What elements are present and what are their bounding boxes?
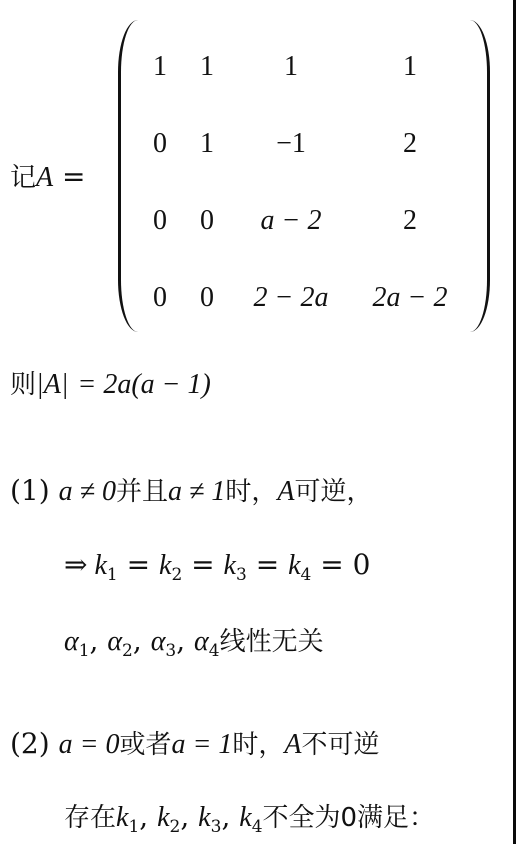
matrix-cell: 1: [231, 50, 351, 84]
cjk-not-all-zero: 不全为0满足：: [263, 803, 436, 833]
case1-conclusion: α1, α2, α3, α4线性无关: [64, 624, 324, 659]
case1-condition2: a ≠ 1: [168, 476, 225, 507]
eq-zero: = 0: [320, 548, 370, 581]
case2-heading: (2) a = 0或者a = 1时，A不可逆: [10, 727, 380, 762]
det-a: |A|: [36, 369, 69, 400]
case2-condition: a = 0: [59, 729, 120, 760]
matrix-definition-label: 记A =: [10, 160, 86, 195]
linearly-independent: 线性无关: [220, 627, 324, 657]
cjk-ji: 记: [10, 163, 36, 193]
case2-symbol: A: [284, 729, 301, 760]
right-parenthesis: [470, 20, 490, 332]
alpha: α: [64, 626, 79, 657]
matrix-cell: 2: [350, 204, 470, 238]
case2-or: 或者: [119, 730, 171, 760]
sub-1: 1: [107, 565, 118, 585]
case1-heading: (1) a ≠ 0并且a ≠ 1时，A可逆，: [10, 474, 372, 509]
matrix-cell: 2a − 2: [350, 281, 470, 315]
sub-3: 3: [236, 565, 247, 585]
matrix-cell: 2: [350, 127, 470, 161]
sub-3: 3: [211, 817, 222, 837]
case1-label: (1): [10, 474, 50, 507]
case1-symbol: A: [277, 476, 294, 507]
case2-not-invertible: 不可逆: [302, 730, 380, 760]
case1-invertible: 可逆，: [294, 477, 372, 507]
determinant-line: 则|A| = 2a(a − 1): [10, 367, 211, 402]
document-page: 记A = 1 1 1 1 0 1 −1 2 0 0 a − 2 2 0 0 2 …: [0, 0, 514, 844]
sub-4: 4: [252, 817, 263, 837]
sub-4: 4: [301, 565, 312, 585]
case1-implication: ⇒ k1 = k2 = k3 = k4 = 0: [64, 548, 370, 583]
case2-label: (2): [10, 727, 50, 760]
case1-and: 并且: [116, 477, 168, 507]
equals-sign: =: [62, 160, 85, 193]
sub-2: 2: [171, 565, 182, 585]
cjk-exists: 存在: [64, 803, 116, 833]
matrix-cell: a − 2: [231, 204, 351, 238]
symbol-a: A: [36, 162, 53, 193]
matrix-cell: −1: [231, 127, 351, 161]
sub-1: 1: [128, 817, 139, 837]
det-value: = 2a(a − 1): [77, 369, 210, 400]
case2-condition2: a = 1: [172, 729, 233, 760]
implication-k1: ⇒ k: [64, 550, 107, 581]
case2-exists: 存在k1, k2, k3, k4不全为0满足：: [64, 800, 435, 835]
matrix-cell: 1: [350, 50, 470, 84]
case2-when: 时，: [232, 730, 284, 760]
matrix-cell: 2 − 2a: [231, 281, 351, 315]
case1-when: 时，: [225, 477, 277, 507]
cjk-ze: 则: [10, 370, 36, 400]
sub-2: 2: [170, 817, 181, 837]
case1-condition: a ≠ 0: [59, 476, 116, 507]
